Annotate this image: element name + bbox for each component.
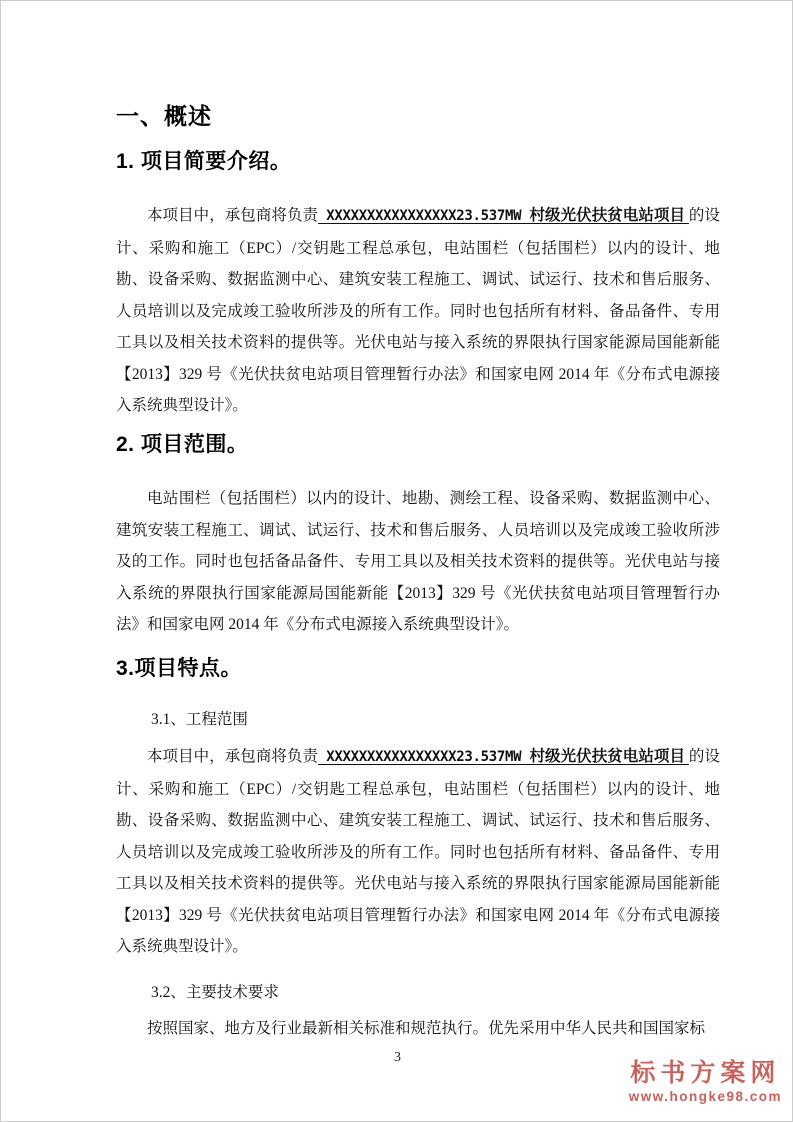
- section2-paragraph: 电站围栏（包括围栏）以内的设计、地勘、测绘工程、设备采购、数据监测中心、建筑安装…: [116, 483, 720, 641]
- project-name: 村级光伏扶贫电站项目: [530, 748, 689, 765]
- project-para-tail: 的设计、采购和施工（EPC）/交钥匙工程总承包，电站围栏（包括围栏）以内的设计、…: [116, 207, 720, 414]
- project-para-tail: 的设计、采购和施工（EPC）/交钥匙工程总承包，电站围栏（包括围栏）以内的设计、…: [116, 748, 720, 955]
- heading-overview: 一、概述: [116, 101, 720, 131]
- project-designation-underlined: XXXXXXXXXXXXXXXX23.537MW 村级光伏扶贫电站项目: [318, 207, 689, 224]
- section3-paragraph2: 按照国家、地方及行业最新相关标准和规范执行。优先采用中华人民共和国国家标: [116, 1013, 720, 1045]
- project-code-blank: XXXXXXXXXXXXXXXX23.537MW: [318, 749, 529, 765]
- section3-sub1-title: 3.1、工程范围: [116, 704, 720, 736]
- project-para-lead: 本项目中，承包商将负责: [147, 748, 318, 765]
- project-code-blank: XXXXXXXXXXXXXXXX23.537MW: [318, 208, 529, 224]
- watermark-site-url: www.hongke98.com: [629, 1089, 782, 1105]
- project-designation-underlined: XXXXXXXXXXXXXXXX23.537MW 村级光伏扶贫电站项目: [318, 748, 689, 765]
- section1-title: 1. 项目简要介绍。: [116, 148, 720, 176]
- section3-title: 3.项目特点。: [116, 655, 720, 683]
- watermark-site-name: 标书方案网: [629, 1059, 782, 1087]
- section1-paragraph: 本项目中，承包商将负责 XXXXXXXXXXXXXXXX23.537MW 村级光…: [116, 200, 720, 422]
- document-page: 一、概述 1. 项目简要介绍。 本项目中，承包商将负责 XXXXXXXXXXXX…: [0, 0, 793, 1122]
- watermark: 标书方案网 www.hongke98.com: [629, 1059, 782, 1105]
- project-para-lead: 本项目中，承包商将负责: [147, 207, 318, 224]
- section2-title: 2. 项目范围。: [116, 431, 720, 459]
- section3-sub2-title: 3.2、主要技术要求: [116, 977, 720, 1009]
- section3-paragraph: 本项目中，承包商将负责 XXXXXXXXXXXXXXXX23.537MW 村级光…: [116, 741, 720, 963]
- project-name: 村级光伏扶贫电站项目: [530, 207, 689, 224]
